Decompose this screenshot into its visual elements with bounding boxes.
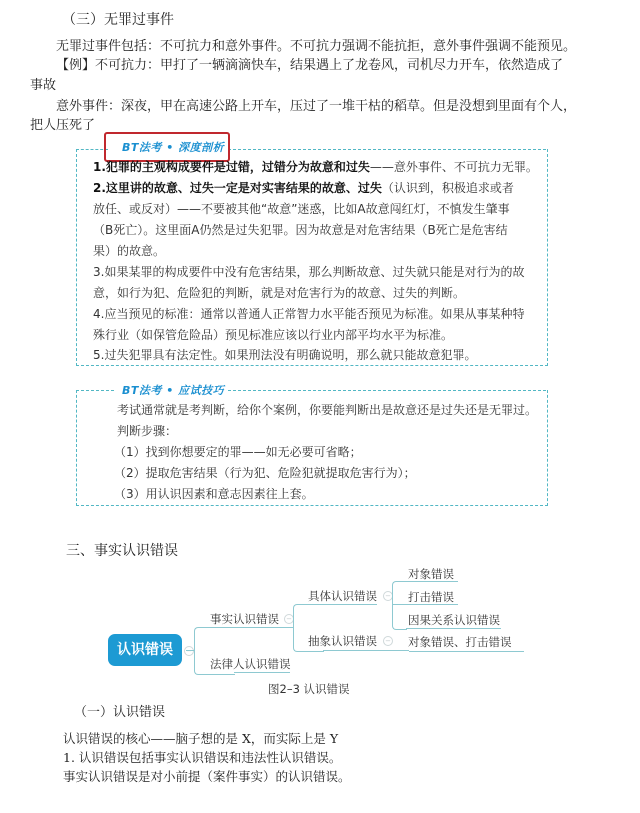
mindmap-leaf-object-error: 对象错误 — [408, 566, 454, 582]
analysis-box-title: BT法考 • 深度剖析 — [122, 139, 224, 155]
mindmap-leaf-strike-error: 打击错误 — [408, 589, 454, 605]
mindmap-connector-root-stub — [186, 650, 194, 651]
tips-line-1: 考试通常就是考判断，给你个案例，你要能判断出是故意还是过失还是无罪过。 — [117, 403, 537, 418]
tips-line-2: 判断步骤： — [117, 424, 177, 439]
analysis-item-1: 1.犯罪的主观构成要件是过错，过错分为故意和过失——意外事件、不可抗力无罪。 — [93, 160, 538, 175]
analysis-item-5: 5.过失犯罪具有法定性。如果刑法没有明确说明，那么就只能故意犯罪。 — [93, 348, 476, 363]
analysis-item-2-line3: （B死亡）。这里面A仍然是过失犯罪。因为故意是对危害结果（B死亡是危害结 — [93, 223, 508, 238]
paragraph-fact-error-definition: 事实认识错误是对小前提（案件事实）的认识错误。 — [63, 769, 351, 785]
analysis-item-1-rest: ——意外事件、不可抗力无罪。 — [370, 160, 538, 174]
analysis-item-2-line4: 果）的故意。 — [93, 244, 165, 259]
tips-step-2: （2）提取危害结果（行为犯、危险犯就提取危害行为）； — [114, 466, 416, 481]
section-heading-fact-error: 三、事实认识错误 — [66, 542, 178, 560]
analysis-item-4-line2: 殊行业（如保管危险品）预见标准应该以行业内部平均水平为标准。 — [93, 328, 453, 343]
collapse-icon[interactable]: − — [383, 636, 393, 646]
mindmap-node-fact-error: 事实认识错误 — [210, 611, 279, 627]
paragraph-example-line1: 【例】不可抗力：甲打了一辆滴滴快车，结果遇上了龙卷风，司机尽力开车，依然造成了 — [56, 58, 563, 74]
analysis-item-2-rest: （认识到，积极追求或者 — [382, 181, 514, 195]
section-heading-no-fault: （三）无罪过事件 — [62, 11, 174, 29]
mindmap-leaf-causal-error: 因果关系认识错误 — [408, 612, 500, 628]
paragraph-no-fault-intro: 无罪过事件包括：不可抗力和意外事件。不可抗力强调不能抗拒，意外事件强调不能预见。 — [56, 39, 576, 55]
analysis-item-1-bold: 1.犯罪的主观构成要件是过错，过错分为故意和过失 — [93, 160, 370, 174]
paragraph-accident-line2: 把人压死了 — [30, 118, 95, 134]
tips-step-1: （1）找到你想要定的罪——如无必要可省略； — [114, 445, 362, 460]
tips-step-3: （3）用认识因素和意志因素往上套。 — [114, 487, 314, 502]
mindmap-connector-concrete — [392, 581, 407, 630]
mindmap-root-node: 认识错误 — [108, 634, 182, 666]
analysis-item-4-line1: 4.应当预见的标准：通常以普通人正常智力水平能否预见为标准。如果从事某种特 — [93, 307, 524, 322]
analysis-item-3-line1: 3.如果某罪的构成要件中没有危害结果，那么判断故意、过失就只能是对行为的故 — [93, 265, 524, 280]
analysis-item-2-bold: 2.这里讲的故意、过失一定是对实害结果的故意、过失 — [93, 181, 382, 195]
mindmap-node-law-error: 法律人认识错误 — [210, 656, 291, 672]
mindmap-underline-fact — [234, 627, 294, 628]
paragraph-core-idea: 认识错误的核心——脑子想的是 X，而实际上是 Y — [63, 731, 338, 747]
mindmap-underline-concrete — [323, 604, 377, 605]
tips-box-title: BT法考 • 应试技巧 — [122, 382, 224, 398]
mindmap-underline-abstract — [323, 650, 377, 651]
mindmap-underline-abstract-leaf — [409, 651, 524, 652]
mindmap-underline-causal — [406, 628, 501, 629]
analysis-item-3-line2: 意，如行为犯、危险犯的判断，就是对危害行为的故意、过失的判断。 — [93, 286, 465, 301]
mindmap-connector-abstract — [377, 650, 409, 651]
paragraph-error-types: 1. 认识错误包括事实认识错误和违法性认识错误。 — [63, 750, 341, 766]
paragraph-accident-line1: 意外事件：深夜，甲在高速公路上开车，压过了一堆干枯的稻草。但是没想到里面有个人， — [56, 99, 576, 115]
subsection-heading-cognitive-error: （一）认识错误 — [74, 705, 165, 721]
analysis-item-2: 2.这里讲的故意、过失一定是对实害结果的故意、过失（认识到，积极追求或者 — [93, 181, 514, 196]
mindmap-node-abstract-error: 抽象认识错误 — [308, 633, 377, 649]
collapse-icon[interactable]: − — [184, 646, 194, 656]
mindmap-node-concrete-error: 具体认识错误 — [308, 588, 377, 604]
analysis-item-2-line2: 放任、或反对）——不要被其他“故意”迷惑，比如A故意闯红灯，不慎发生肇事 — [93, 202, 510, 217]
mindmap-leaf-abstract-errors: 对象错误、打击错误 — [408, 634, 512, 650]
mindmap-underline-law — [234, 672, 290, 673]
figure-caption: 图2–3 认识错误 — [268, 681, 350, 697]
paragraph-example-line2: 事故 — [30, 78, 56, 94]
